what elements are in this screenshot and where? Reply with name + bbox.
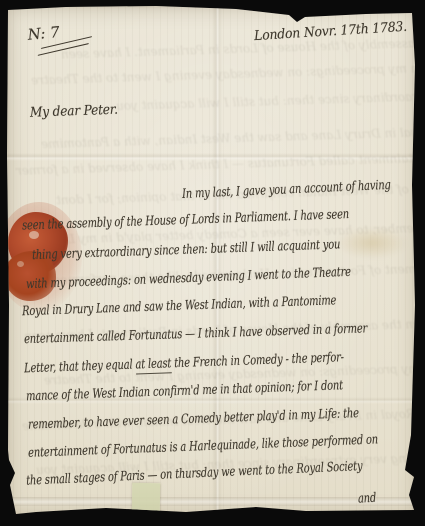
showthrough-line: seen the assembly of the House of Lords … — [61, 35, 425, 62]
showthrough-line: Royal in Drury Lane and saw the West Ind… — [41, 125, 425, 151]
letter-number: N: 7 — [27, 20, 91, 52]
letter-line: entertainment of Fortunatus is a Harlequ… — [28, 428, 425, 461]
letter-line: In my last, I gave you an account of hav… — [182, 175, 425, 202]
horizontal-fold-crease — [6, 153, 418, 161]
letter-line: Royal in Drury Lane and saw the West Ind… — [22, 290, 425, 319]
underlined-phrase: at least — [135, 356, 171, 374]
letter-line: Letter, that they equal at least the Fre… — [24, 347, 425, 377]
showthrough-line: thing very extraordinary since then: but… — [116, 87, 425, 113]
dateline: London Novr. 17th 1783. — [254, 18, 421, 44]
letter-line: with my proceedings: on wednesday evenin… — [26, 261, 425, 292]
wax-seal-gap — [17, 261, 24, 267]
scan-background: seen the assembly of the House of Lords … — [0, 0, 425, 526]
letter-number-text: N: 7 — [27, 23, 60, 44]
showthrough-line: with my proceedings: on wednesday evenin… — [31, 61, 425, 88]
letter-page: seen the assembly of the House of Lords … — [6, 5, 418, 518]
horizontal-fold-crease — [6, 497, 418, 506]
tape-residue — [132, 483, 161, 516]
letter-line: remember, to have ever seen a Comedy bet… — [28, 402, 425, 432]
letter-line: the small stages of Paris — on thursday … — [26, 454, 425, 488]
catchword: and — [358, 490, 383, 506]
salutation: My dear Peter. — [30, 101, 128, 120]
letter-line: entertainment called Fortunatus — I thin… — [24, 318, 425, 347]
